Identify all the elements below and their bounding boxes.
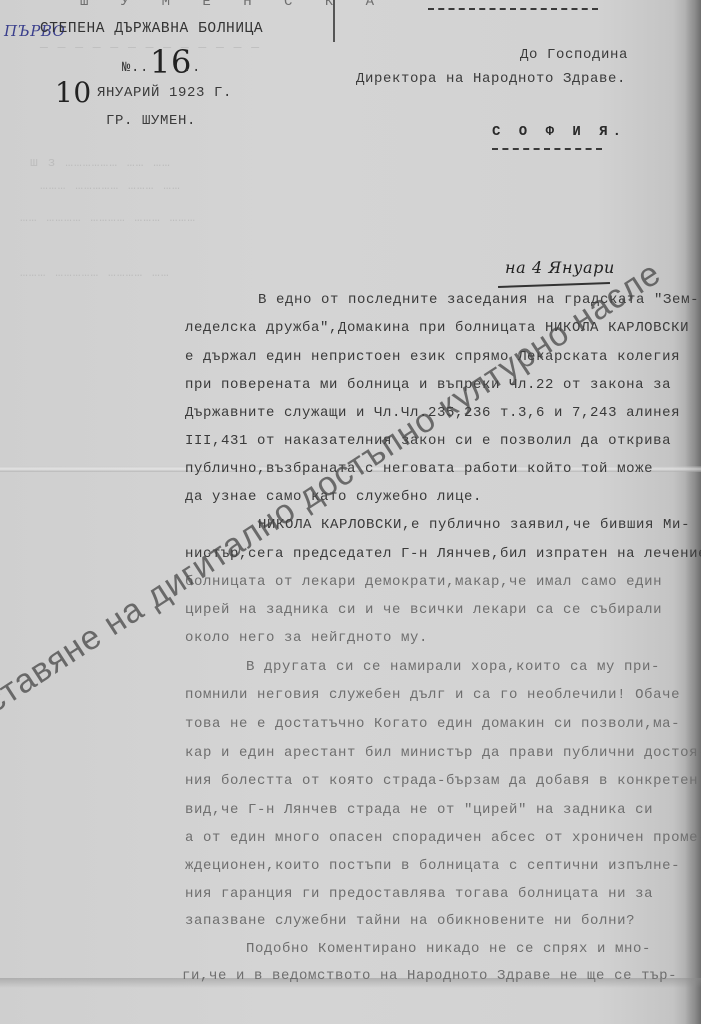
handwritten-note-underline — [498, 282, 610, 288]
body-line: ждеционен,които постъпи в болницата с се… — [185, 858, 680, 874]
body-line: Подобно Коментирано никадо не се спрях и… — [246, 941, 651, 957]
date-text: ЯНУАРИЙ 1923 Г. — [97, 85, 232, 101]
body-line: кар и един арестант бил министър да прав… — [185, 745, 701, 761]
date-day-handwritten: 10 — [55, 76, 92, 109]
body-line: вид,че Г-н Лянчев страда не от "цирей" н… — [185, 802, 653, 818]
document-number-suffix: .. — [183, 60, 201, 76]
bleed-through-text: ……… …………… ……… …… — [40, 178, 181, 193]
body-line: помнили неговия служебен дълг и са го не… — [185, 687, 680, 703]
body-line: е държал един непристоен език спрямо Лек… — [185, 349, 680, 365]
body-line: това не е достатъчно Когато един домакин… — [185, 716, 680, 732]
letterhead-top-line: Ш У М Е Н С К А — [80, 0, 386, 10]
body-line: ния гаранция ги предоставлява тогава бол… — [185, 886, 653, 902]
addressee-line-2: Директора на Народното Здраве. — [356, 71, 626, 87]
bleed-through-text: ……… …………… ………… …… — [20, 265, 170, 280]
body-line: запазване служебни тайни на обикновените… — [185, 913, 635, 929]
body-line: ги,че и в ведомството на Народното Здрав… — [182, 968, 677, 984]
addressee-line-1: До Господина — [520, 47, 628, 63]
body-line: а от един много опасен спорадичен абсес … — [185, 830, 701, 846]
body-line: НИКОЛА КАРЛОВСКИ,е публично заявил,че би… — [258, 517, 690, 533]
handwritten-date-note: на 4 Януари — [505, 258, 615, 277]
addressee-top-rule — [428, 8, 598, 10]
scanned-document-page: ― ― ― ― ― ― ― ― ― ― ― ― ― ш з ……………… …… … — [0, 0, 701, 1024]
body-line: В другата си се намирали хора,които са м… — [246, 659, 660, 675]
addressee-city: С О Ф И Я. — [492, 124, 626, 140]
institution-name: СТЕПЕНА ДЪРЖАВНА БОЛНИЦА — [40, 21, 263, 37]
paper-edge-shadow — [685, 0, 701, 1024]
document-number-label: №.. — [122, 60, 149, 76]
body-line: леделска дружба",Домакина при болницата … — [185, 320, 689, 336]
bleed-through-text: ш з ……………… …… …… — [30, 155, 171, 170]
body-line: болницата от лекари демократи,макар,че и… — [185, 574, 662, 590]
city-text: ГР. ШУМЕН. — [106, 113, 196, 129]
body-line: публично,възбраната с неговата работи ко… — [185, 461, 653, 477]
body-line: цирей на задника си и че всички лекари с… — [185, 602, 662, 618]
body-line: около него за нейгдното му. — [185, 630, 428, 646]
body-line: при поверената ми болница и въпреки Чл.2… — [185, 377, 671, 393]
addressee-city-rule — [492, 148, 602, 150]
body-line: ния болестта от която страда-бързам да д… — [185, 773, 698, 789]
bleed-through-text: …… ………… ………… ……… ……… — [20, 210, 196, 225]
